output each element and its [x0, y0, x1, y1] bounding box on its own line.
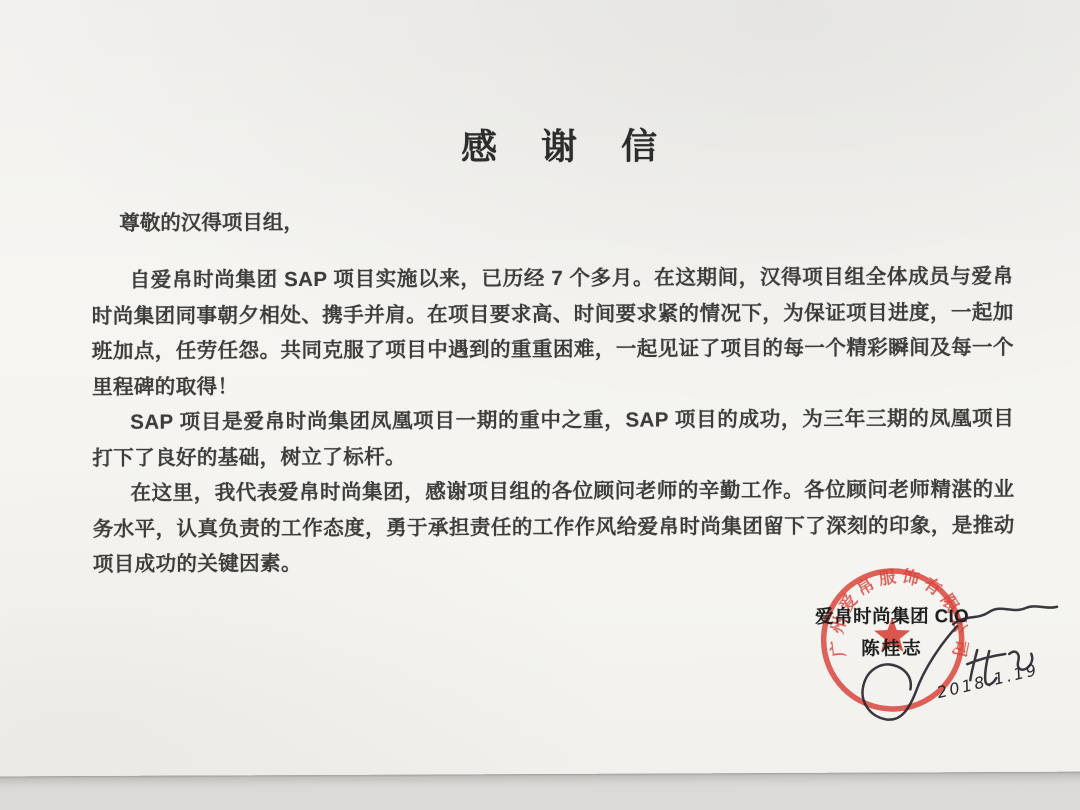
signature-block: 广州爱帛服饰有限公司 爱帛时尚集团 CIO 陈桂志 2018.1.19	[781, 538, 1080, 779]
letter-paper: 感谢信 尊敬的汉得项目组， 自爱帛时尚集团 SAP 项目实施以来，已历经 7 个…	[0, 0, 1080, 776]
salutation: 尊敬的汉得项目组，	[119, 205, 304, 236]
letter-photo: 感谢信 尊敬的汉得项目组， 自爱帛时尚集团 SAP 项目实施以来，已历经 7 个…	[0, 0, 1080, 810]
letter-title: 感谢信	[461, 118, 701, 170]
handwritten-signature: 2018.1.19	[781, 538, 1080, 779]
paragraph-1: 自爱帛时尚集团 SAP 项目实施以来，已历经 7 个多月。在这期间，汉得项目组全…	[92, 259, 1015, 405]
letter-body: 自爱帛时尚集团 SAP 项目实施以来，已历经 7 个多月。在这期间，汉得项目组全…	[92, 259, 1015, 583]
handwritten-date: 2018.1.19	[935, 660, 1041, 702]
paragraph-2: SAP 项目是爱帛时尚集团凤凰项目一期的重中之重，SAP 项目的成功，为三年三期…	[92, 401, 1014, 476]
letter-content: 感谢信 尊敬的汉得项目组， 自爱帛时尚集团 SAP 项目实施以来，已历经 7 个…	[0, 0, 1080, 782]
